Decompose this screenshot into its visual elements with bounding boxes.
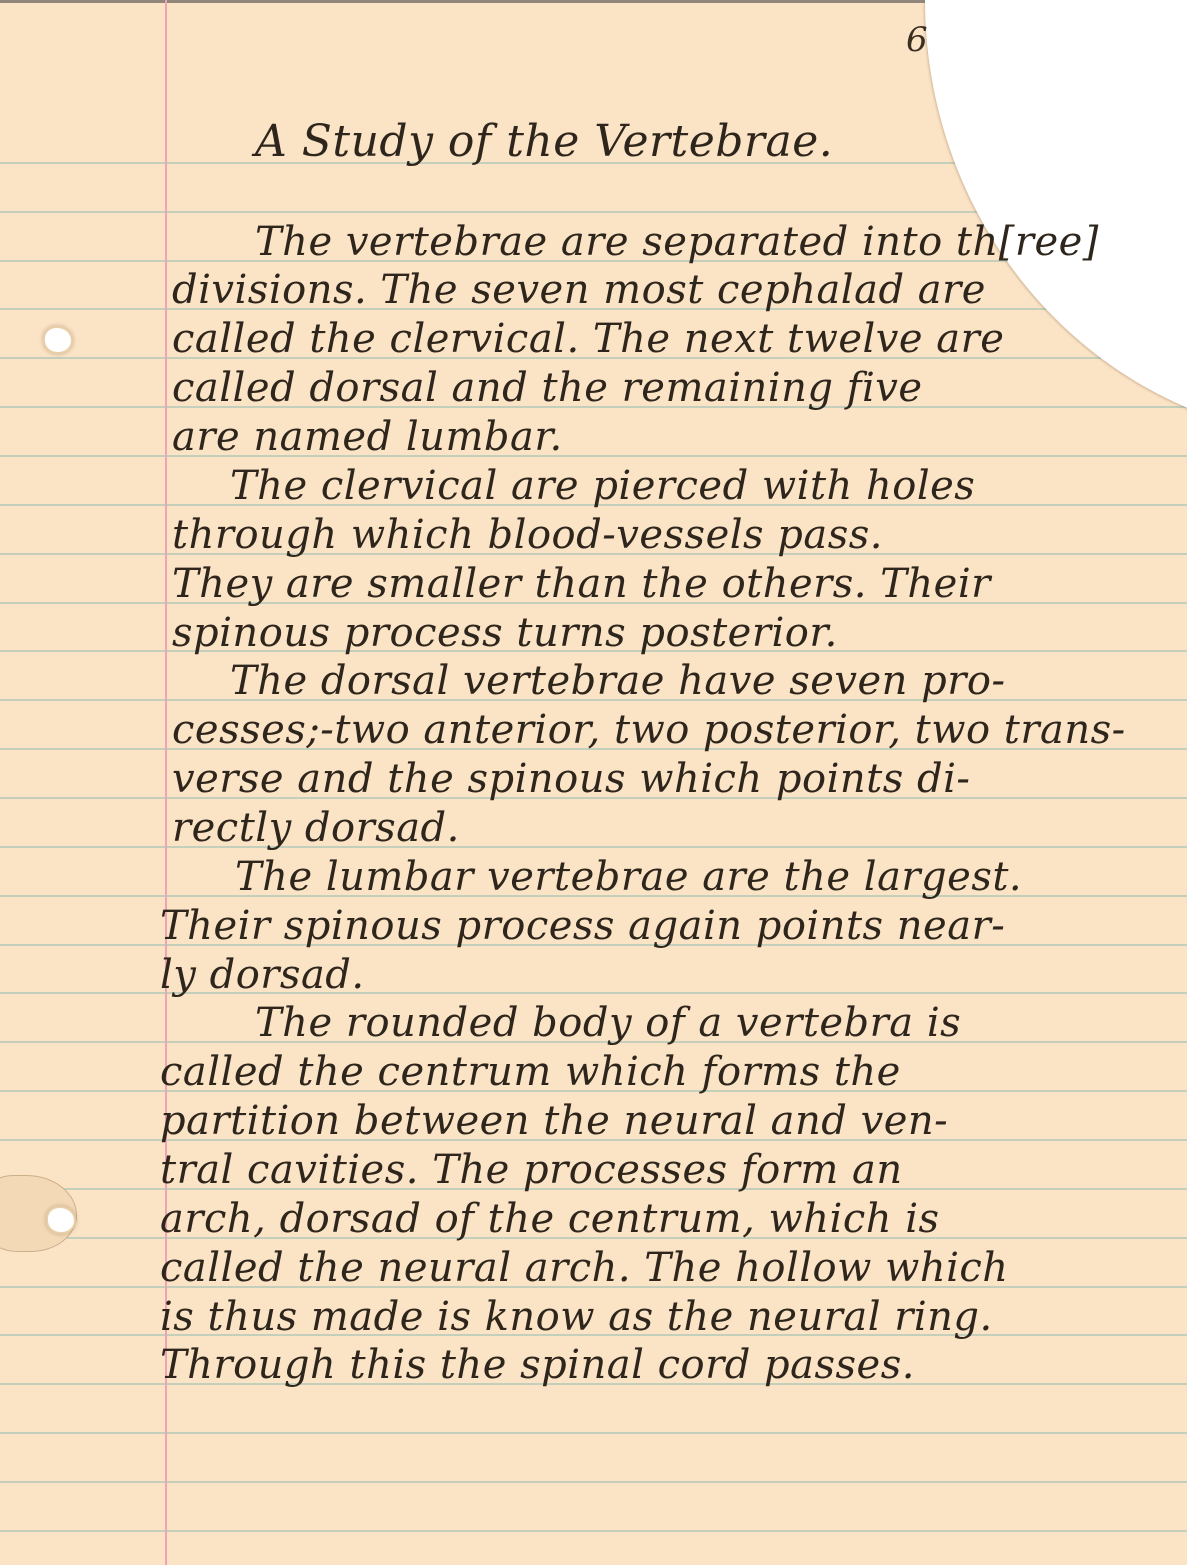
text-line: The vertebrae are separated into th[ree] <box>255 218 1099 266</box>
text-line: The dorsal vertebrae have seven pro- <box>230 657 1005 705</box>
text-line: verse and the spinous which points di- <box>172 755 970 803</box>
notebook-page: 6 A Study of the Vertebrae. The vertebra… <box>0 0 1187 1565</box>
text-line: rectly dorsad. <box>172 804 460 852</box>
text-line: called the centrum which forms the <box>160 1048 901 1096</box>
text-line: cesses;-two anterior, two posterior, two… <box>172 706 1126 754</box>
text-line: Through this the spinal cord passes. <box>160 1341 915 1389</box>
text-line: through which blood-vessels pass. <box>172 511 883 559</box>
text-line: spinous process turns posterior. <box>172 609 838 657</box>
text-line: The clervical are pierced with holes <box>230 462 975 510</box>
text-line: They are smaller than the others. Their <box>172 560 991 608</box>
text-line: The rounded body of a vertebra is <box>255 999 961 1047</box>
text-line: tral cavities. The processes form an <box>160 1146 903 1194</box>
handwritten-text: A Study of the Vertebrae. The vertebrae … <box>0 0 1187 1565</box>
document-title: A Study of the Vertebrae. <box>255 118 833 166</box>
text-line: The lumbar vertebrae are the largest. <box>235 853 1022 901</box>
text-line: ly dorsad. <box>160 951 365 999</box>
text-line: called the clervical. The next twelve ar… <box>172 315 1004 363</box>
text-line: are named lumbar. <box>172 413 563 461</box>
text-line: arch, dorsad of the centrum, which is <box>160 1195 940 1243</box>
text-line: Their spinous process again points near- <box>160 902 1005 950</box>
text-line: called dorsal and the remaining five <box>172 364 923 412</box>
text-line: is thus made is know as the neural ring. <box>160 1293 993 1341</box>
text-line: called the neural arch. The hollow which <box>160 1244 1009 1292</box>
text-line: divisions. The seven most cephalad are <box>172 266 986 314</box>
text-line: partition between the neural and ven- <box>160 1097 948 1145</box>
